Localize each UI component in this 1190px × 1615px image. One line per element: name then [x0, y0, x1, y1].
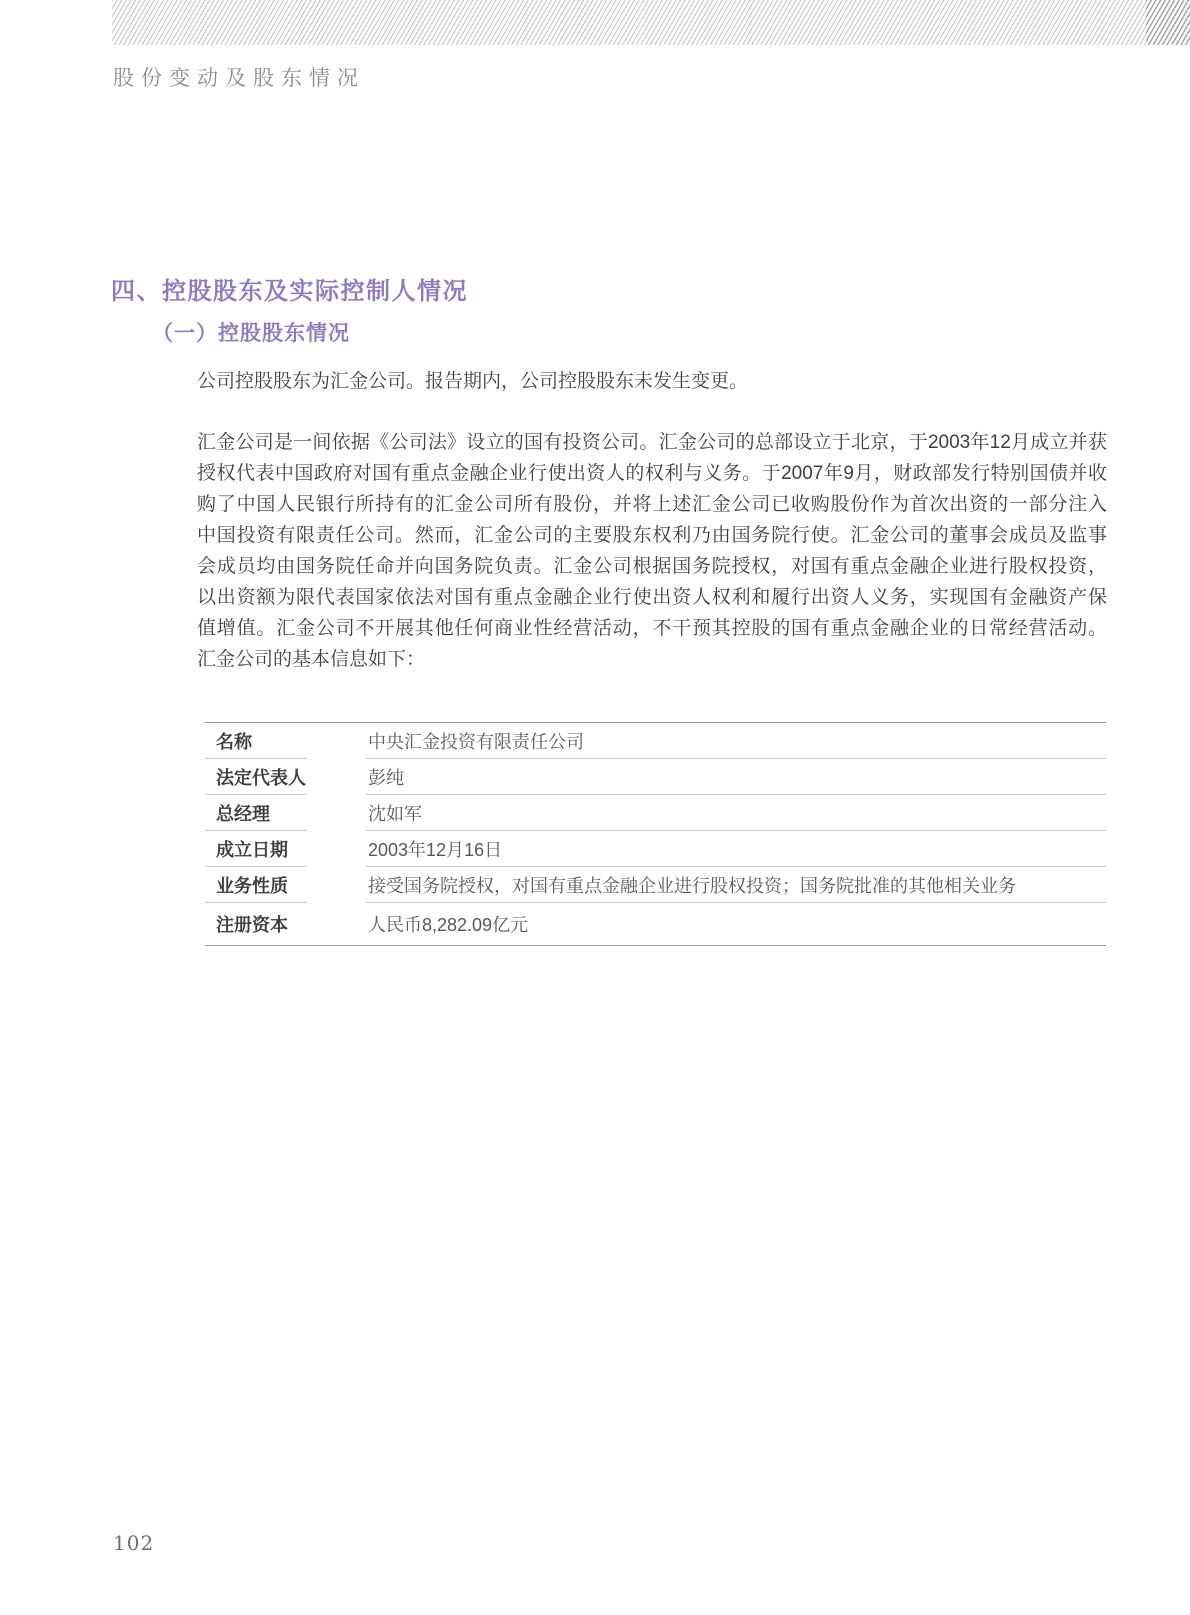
row-label: 名称 [205, 723, 307, 759]
row-value: 中央汇金投资有限责任公司 [366, 723, 1106, 759]
paragraph-line: 中国投资有限责任公司。然而，汇金公司的主要股东权利乃由国务院行使。汇金公司的董事… [197, 520, 1107, 551]
hatched-banner-dark-edge [1146, 0, 1190, 45]
row-value: 沈如军 [366, 795, 1106, 831]
row-value: 人民币8,282.09亿元 [366, 903, 1106, 945]
row-label: 总经理 [205, 795, 307, 831]
page-number: 102 [113, 1531, 154, 1555]
section-heading: 四、控股股东及实际控制人情况 [111, 271, 468, 306]
table-row-legal-representative: 法定代表人 彭纯 [205, 759, 1106, 795]
table-row-general-manager: 总经理 沈如军 [205, 795, 1106, 831]
table-row-registered-capital: 注册资本 人民币8,282.09亿元 [205, 903, 1106, 945]
table-row-name: 名称 中央汇金投资有限责任公司 [205, 723, 1106, 759]
row-value: 2003年12月16日 [366, 831, 1106, 867]
column-gutter [307, 723, 366, 759]
column-gutter [307, 831, 366, 867]
table-row-establishment-date: 成立日期 2003年12月16日 [205, 831, 1106, 867]
report-page: 股份变动及股东情况 四、控股股东及实际控制人情况 （一）控股股东情况 公司控股股… [0, 0, 1190, 1615]
row-value: 彭纯 [366, 759, 1106, 795]
paragraph-line: 汇金公司的基本信息如下： [197, 644, 1107, 675]
column-gutter [307, 903, 366, 945]
paragraph-line: 授权代表中国政府对国有重点金融企业行使出资人的权利与义务。于2007年9月，财政… [197, 458, 1107, 489]
column-gutter [307, 795, 366, 831]
paragraph-huijin-description: 汇金公司是一间依据《公司法》设立的国有投资公司。汇金公司的总部设立于北京，于20… [197, 427, 1107, 675]
table-row-business-nature: 业务性质 接受国务院授权，对国有重点金融企业进行股权投资；国务院批准的其他相关业… [205, 867, 1106, 903]
shareholder-info-table: 名称 中央汇金投资有限责任公司 法定代表人 彭纯 总经理 沈如军 成立日期 20… [205, 722, 1106, 946]
paragraph-intro: 公司控股股东为汇金公司。报告期内，公司控股股东未发生变更。 [197, 367, 1107, 397]
row-label: 法定代表人 [205, 759, 307, 795]
paragraph-line: 购了中国人民银行所持有的汇金公司所有股份，并将上述汇金公司已收购股份作为首次出资… [197, 489, 1107, 520]
row-label: 注册资本 [205, 903, 307, 945]
hatched-banner [112, 0, 1190, 45]
paragraph-line: 以出资额为限代表国家依法对国有重点金融企业行使出资人权利和履行出资人义务，实现国… [197, 582, 1107, 613]
paragraph-line: 汇金公司是一间依据《公司法》设立的国有投资公司。汇金公司的总部设立于北京，于20… [197, 427, 1107, 458]
row-label: 业务性质 [205, 867, 307, 903]
row-value: 接受国务院授权，对国有重点金融企业进行股权投资；国务院批准的其他相关业务 [366, 867, 1106, 903]
running-header: 股份变动及股东情况 [113, 62, 365, 92]
subsection-heading: （一）控股股东情况 [152, 317, 350, 347]
paragraph-line: 值增值。汇金公司不开展其他任何商业性经营活动，不干预其控股的国有重点金融企业的日… [197, 613, 1107, 644]
column-gutter [307, 867, 366, 903]
row-label: 成立日期 [205, 831, 307, 867]
paragraph-line: 会成员均由国务院任命并向国务院负责。汇金公司根据国务院授权，对国有重点金融企业进… [197, 551, 1107, 582]
column-gutter [307, 759, 366, 795]
